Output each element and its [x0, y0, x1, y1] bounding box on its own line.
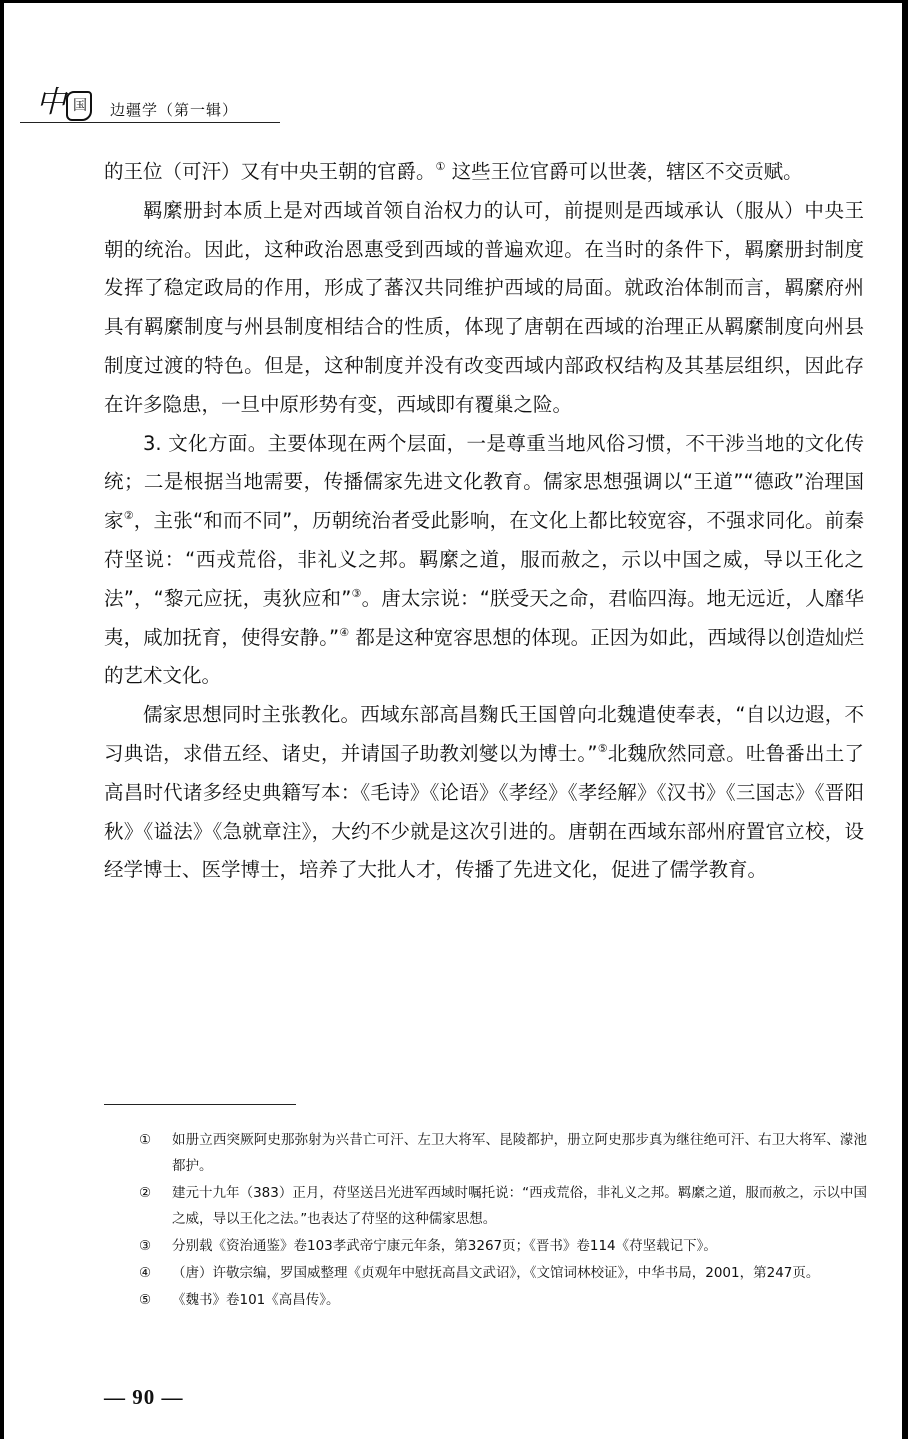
paragraph-4: 儒家思想同时主张教化。西域东部高昌麴氏王国曾向北魏遣使奉表，“自以边遐，不习典诰… [104, 696, 864, 890]
footnote-3: ③ 分别载《资治通鉴》卷103孝武帝宁康元年条，第3267页；《晋书》卷114《… [139, 1233, 867, 1259]
footnote-separator [104, 1104, 296, 1105]
footnotes: ① 如册立西突厥阿史那弥射为兴昔亡可汗、左卫大将军、昆陵都护，册立阿史那步真为继… [139, 1127, 867, 1314]
logo-char-zhong: 中 [36, 85, 64, 120]
page-number: — 90 — [104, 1385, 184, 1410]
footnote-number: ② [139, 1180, 151, 1206]
paragraph-1-text-b: 这些王位官爵可以世袭，辖区不交贡赋。 [445, 160, 802, 183]
footnote-text: （唐）许敬宗编，罗国威整理《贞观年中慰抚高昌文武诏》，《文馆词林校证》，中华书局… [172, 1265, 819, 1281]
footnote-number: ① [139, 1127, 151, 1153]
header-rule [20, 122, 280, 123]
footnote-number: ④ [139, 1260, 151, 1286]
footnote-text: 分别载《资治通鉴》卷103孝武帝宁康元年条，第3267页；《晋书》卷114《苻坚… [172, 1238, 717, 1254]
footnote-4: ④ （唐）许敬宗编，罗国威整理《贞观年中慰抚高昌文武诏》，《文馆词林校证》，中华… [139, 1260, 867, 1286]
document-page: 中国 边疆学（第一辑） 的王位（可汗）又有中央王朝的官爵。① 这些王位官爵可以世… [4, 3, 902, 1439]
journal-title: 边疆学（第一辑） [110, 99, 238, 120]
footnote-ref-1[interactable]: ① [436, 160, 446, 173]
footnote-ref-3[interactable]: ③ [351, 587, 361, 600]
footnote-2: ② 建元十九年（383）正月，苻坚送吕光进军西域时嘱托说：“西戎荒俗，非礼义之邦… [139, 1180, 867, 1232]
paragraph-1: 的王位（可汗）又有中央王朝的官爵。① 这些王位官爵可以世袭，辖区不交贡赋。 [104, 153, 864, 192]
footnote-ref-5[interactable]: ⑤ [597, 742, 607, 755]
footnote-text: 《魏书》卷101《高昌传》。 [172, 1292, 340, 1308]
footnote-number: ⑤ [139, 1287, 151, 1313]
paragraph-2: 羁縻册封本质上是对西域首领自治权力的认可，前提则是西域承认（服从）中央王朝的统治… [104, 192, 864, 425]
footnote-5: ⑤ 《魏书》卷101《高昌传》。 [139, 1287, 867, 1313]
footnote-ref-2[interactable]: ② [124, 509, 134, 522]
footnote-1: ① 如册立西突厥阿史那弥射为兴昔亡可汗、左卫大将军、昆陵都护，册立阿史那步真为继… [139, 1127, 867, 1179]
paragraph-3: 3. 文化方面。主要体现在两个层面，一是尊重当地风俗习惯，不干涉当地的文化传统；… [104, 425, 864, 697]
footnote-text: 如册立西突厥阿史那弥射为兴昔亡可汗、左卫大将军、昆陵都护，册立阿史那步真为继往绝… [172, 1132, 867, 1174]
footnote-number: ③ [139, 1233, 151, 1259]
footnote-text: 建元十九年（383）正月，苻坚送吕光进军西域时嘱托说：“西戎荒俗，非礼义之邦。羁… [172, 1185, 867, 1227]
running-header: 中国 边疆学（第一辑） [14, 85, 279, 127]
logo-char-guo: 国 [66, 91, 92, 121]
footnote-ref-4[interactable]: ④ [339, 626, 349, 639]
paragraph-1-text-a: 的王位（可汗）又有中央王朝的官爵。 [104, 160, 436, 183]
journal-logo: 中国 [36, 85, 92, 121]
main-text: 的王位（可汗）又有中央王朝的官爵。① 这些王位官爵可以世袭，辖区不交贡赋。 羁縻… [104, 153, 864, 890]
